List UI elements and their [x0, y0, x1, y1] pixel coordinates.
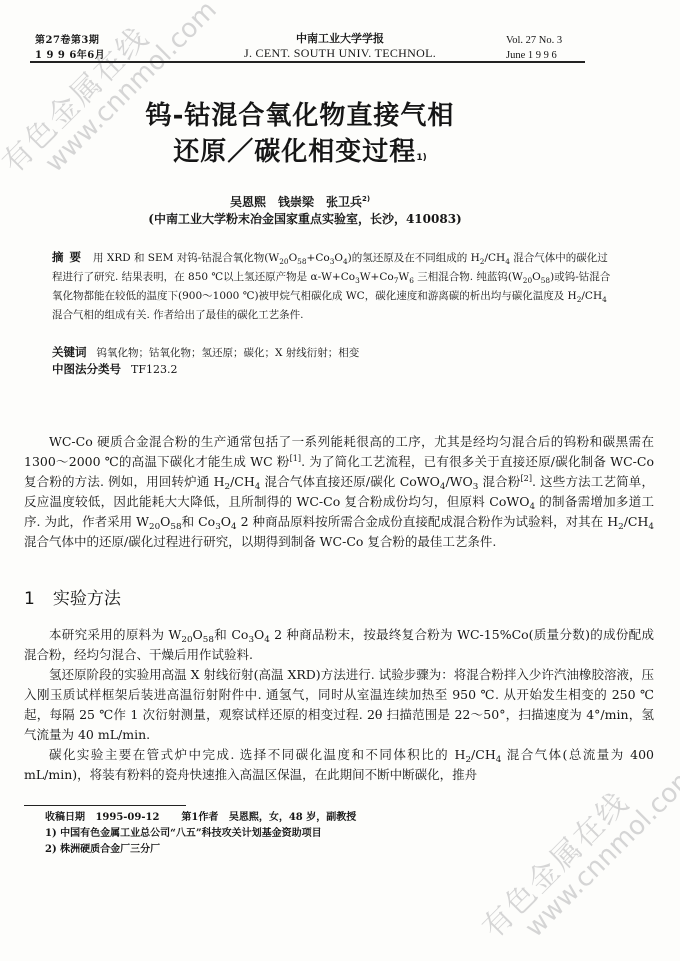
- authors: 吴恩熙 钱崇梁 张卫兵2): [200, 193, 400, 210]
- volume-issue-en: Vol. 27 No. 3: [506, 33, 562, 48]
- footnote-2: 2) 株洲硬质合金厂三分厂: [45, 842, 356, 858]
- intro-section: WC-Co 硬质合金混合粉的生产通常包括了一系列能耗很高的工序，尤其是经均匀混合…: [24, 432, 654, 552]
- footnotes: 收稿日期 1995-09-12第1作者 吴恩熙，女，48 岁，副教授 1) 中国…: [45, 810, 356, 858]
- paragraph: 碳化实验主要在管式炉中完成. 选择不同碳化温度和不同体积比的 H2/CH4 混合…: [24, 745, 654, 785]
- header-right: Vol. 27 No. 3 June 1 9 9 6: [506, 33, 562, 63]
- paper-title: 钨-钴混合氧化物直接气相 还原／碳化相变过程1): [120, 98, 480, 170]
- journal-title: 中南工业大学学报 J. CENT. SOUTH UNIV. TECHNOL.: [190, 31, 490, 61]
- keywords-text: 钨氧化物；钴氧化物；氢还原；碳化；X 射线衍射；相变: [97, 347, 360, 359]
- section-heading: 1实验方法: [24, 584, 121, 609]
- footnote-1: 1) 中国有色金属工业总公司“八五”科技攻关计划基金资助项目: [45, 826, 356, 842]
- header-rule: [30, 61, 585, 63]
- header-left: 第27卷第3期 1 9 9 6年6月: [35, 33, 105, 63]
- citation: [2]: [521, 473, 533, 483]
- journal-name-en: J. CENT. SOUTH UNIV. TECHNOL.: [190, 46, 490, 61]
- section-1-body: 本研究采用的原料为 W20O58和 Co3O4 2 种商品粉末，按最终复合粉为 …: [24, 625, 654, 785]
- title-line-2: 还原／碳化相变过程: [173, 137, 416, 167]
- paragraph: 氢还原阶段的实验用高温 X 射线衍射(高温 XRD)方法进行. 试验步骤为：将混…: [24, 665, 654, 745]
- citation: [1]: [290, 453, 302, 463]
- keywords-label: 关键词: [52, 345, 87, 359]
- title-line-1: 钨-钴混合氧化物直接气相: [120, 98, 480, 134]
- section-number: 1: [24, 589, 35, 609]
- keywords: 关键词钨氧化物；钴氧化物；氢还原；碳化；X 射线衍射；相变: [52, 344, 359, 360]
- section-title: 实验方法: [53, 589, 121, 609]
- author-footnote-mark: 2): [362, 195, 370, 203]
- title-footnote-mark: 1): [416, 153, 426, 163]
- author-names: 吴恩熙 钱崇梁 张卫兵: [230, 195, 362, 209]
- paper-page: 有色金属在线 www.cnnmol.com 有色金属在线 www.cnnmol.…: [0, 0, 680, 961]
- volume-issue-cn: 第27卷第3期: [35, 33, 105, 48]
- affiliation: (中南工业大学粉末冶金国家重点实验室，长沙，410083): [120, 210, 490, 227]
- received-info: 收稿日期 1995-09-12第1作者 吴恩熙，女，48 岁，副教授: [45, 810, 356, 826]
- intro-paragraph: WC-Co 硬质合金混合粉的生产通常包括了一系列能耗很高的工序，尤其是经均匀混合…: [24, 432, 654, 552]
- clc-label: 中图法分类号: [52, 362, 121, 376]
- watermark-url: www.cnnmol.com: [519, 760, 680, 943]
- clc-value: TF123.2: [131, 363, 177, 376]
- paragraph: 本研究采用的原料为 W20O58和 Co3O4 2 种商品粉末，按最终复合粉为 …: [24, 625, 654, 665]
- classification-number: 中图法分类号TF123.2: [52, 361, 177, 377]
- abstract-label: 摘要: [52, 250, 87, 264]
- footnote-rule: [24, 805, 186, 806]
- abstract: 摘要用 XRD 和 SEM 对钨-钴混合氧化物(W20O58+Co3O4)的氢还…: [52, 248, 612, 325]
- journal-name-cn: 中南工业大学学报: [190, 31, 490, 46]
